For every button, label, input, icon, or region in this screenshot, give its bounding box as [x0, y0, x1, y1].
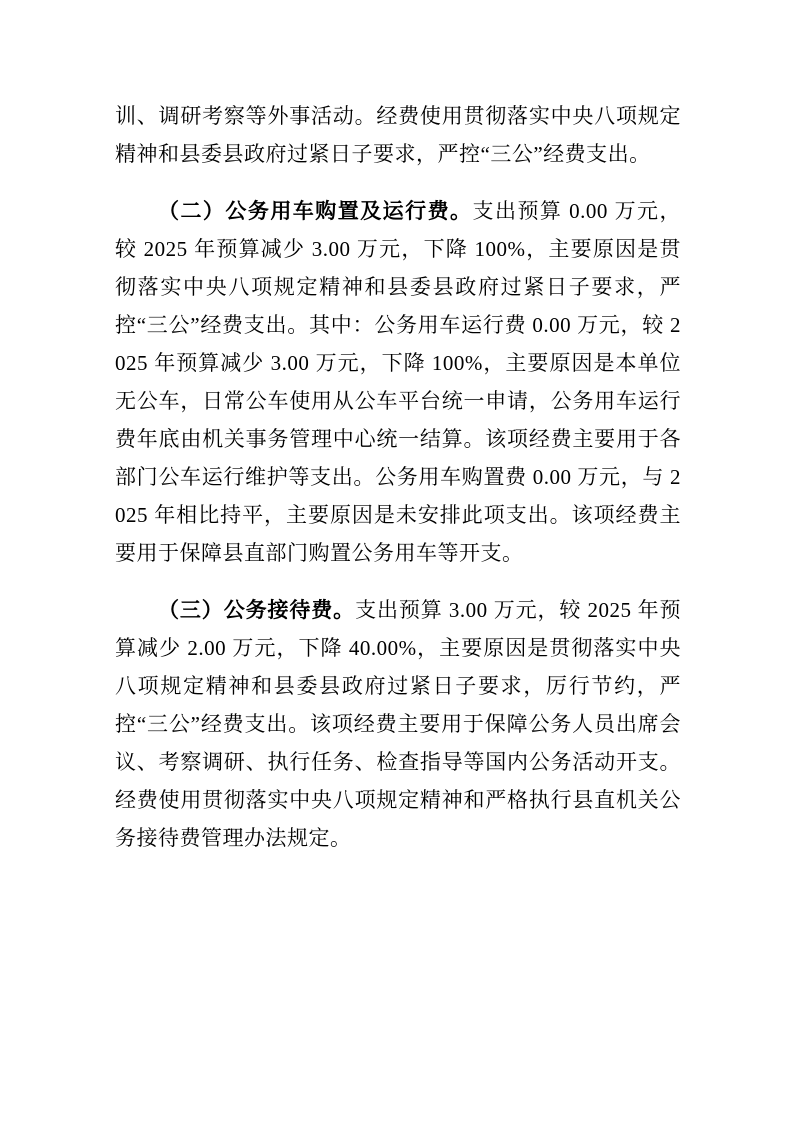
document-content: 训、调研考察等外事活动。经费使用贯彻落实中央八项规定精神和县委县政府过紧日子要求…: [115, 97, 681, 857]
paragraph-text: 支出预算 3.00 万元，较 2025 年预算减少 2.00 万元，下降 40.…: [115, 598, 681, 850]
paragraph-text: 支出预算 0.00 万元，较 2025 年预算减少 3.00 万元，下降 100…: [115, 199, 681, 565]
paragraph-heading: （二）公务用车购置及运行费。: [158, 199, 473, 223]
paragraph-heading: （三）公务接待费。: [158, 598, 355, 622]
paragraph-continuation: 训、调研考察等外事活动。经费使用贯彻落实中央八项规定精神和县委县政府过紧日子要求…: [115, 97, 681, 173]
paragraph-official-reception: （三）公务接待费。支出预算 3.00 万元，较 2025 年预算减少 2.00 …: [115, 591, 681, 857]
paragraph-text: 训、调研考察等外事活动。经费使用贯彻落实中央八项规定精神和县委县政府过紧日子要求…: [115, 104, 681, 166]
paragraph-official-vehicle: （二）公务用车购置及运行费。支出预算 0.00 万元，较 2025 年预算减少 …: [115, 192, 681, 572]
document-page: 训、调研考察等外事活动。经费使用贯彻落实中央八项规定精神和县委县政府过紧日子要求…: [0, 0, 793, 1122]
